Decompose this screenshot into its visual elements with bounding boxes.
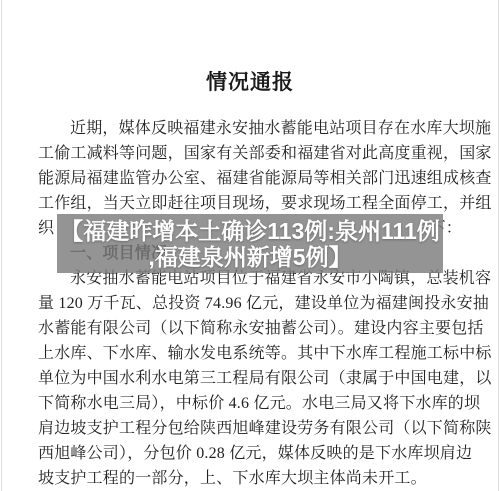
document-line: 近期，媒体反映福建永安抽水蓄能电站项目存在水库大坝施 [38, 116, 462, 141]
headline-line-2: ,福建泉州新增5例】 [148, 244, 351, 270]
line-text: 近期，媒体反映福建永安抽水蓄能电站项目存在水库大坝施 [70, 116, 491, 141]
line-text: 上水库、下水库、输水发电系统等。其中下水库工程施工标中标 [38, 341, 492, 366]
line-text: 下简称水电三局），中标价 4.6 亿元。水电三局又将下水库的坝 [38, 391, 480, 416]
document-line: 能源局福建监管办公室、福建省能源局等相关部门迅速组成核查 [38, 166, 462, 191]
document-line: 坡支护工程的一部分，上、下水库大坝主体尚未开工。 [38, 466, 462, 491]
document-line: 水蓄能有限公司（以下简称永安抽蓄公司）。建设内容主要包括 [38, 316, 462, 341]
line-text: 量 120 万千瓦、总投资 74.96 亿元，建设单位为福建闽投永安抽 [38, 291, 489, 316]
document-line: 工偷工减料等问题，国家有关部委和福建省对此高度重视，国家 [38, 141, 462, 166]
line-text: 水蓄能有限公司（以下简称永安抽蓄公司）。建设内容主要包括 [38, 316, 484, 341]
document-body: 近期，媒体反映福建永安抽水蓄能电站项目存在水库大坝施 工偷工减料等问题，国家有关… [38, 116, 462, 491]
document-line: 下简称水电三局），中标价 4.6 亿元。水电三局又将下水库的坝 [38, 391, 462, 416]
document-line: 量 120 万千瓦、总投资 74.96 亿元，建设单位为福建闽投永安抽 [38, 291, 462, 316]
page-title: 情况通报 [0, 66, 500, 96]
headline-overlay-banner: 【福建昨增本土确诊113例:泉州111例 ,福建泉州新增5例】 [57, 214, 443, 273]
line-text: 单位为中国水利水电第三工程局有限公司（隶属于中国电建，以 [38, 366, 492, 391]
headline-line-1: 【福建昨增本土确诊113例:泉州111例 [60, 218, 440, 244]
line-text: 能源局福建监管办公室、福建省能源局等相关部门迅速组成核查 [38, 166, 492, 191]
line-text: 西旭峰公司），分包价 0.28 亿元，媒体反映的是下水库坝肩边 [38, 441, 472, 466]
document-line: 上水库、下水库、输水发电系统等。其中下水库工程施工标中标 [38, 341, 462, 366]
line-text: 坡支护工程的一部分，上、下水库大坝主体尚未开工。 [38, 466, 427, 491]
document-line: 工作组，当天立即赶往项目现场，要求现场工程全面停工，并组 [38, 191, 462, 216]
line-text: 工作组，当天立即赶往项目现场，要求现场工程全面停工，并组 [38, 191, 492, 216]
line-text: 肩边坡支护工程分包给陕西旭峰建设劳务有限公司（以下简称陕 [38, 416, 492, 441]
document-line: 肩边坡支护工程分包给陕西旭峰建设劳务有限公司（以下简称陕 [38, 416, 462, 441]
line-text: 织 [38, 216, 54, 241]
document-line: 西旭峰公司），分包价 0.28 亿元，媒体反映的是下水库坝肩边 [38, 441, 462, 466]
line-text: 工偷工减料等问题，国家有关部委和福建省对此高度重视，国家 [38, 141, 492, 166]
document-line: 单位为中国水利水电第三工程局有限公司（隶属于中国电建，以 [38, 366, 462, 391]
